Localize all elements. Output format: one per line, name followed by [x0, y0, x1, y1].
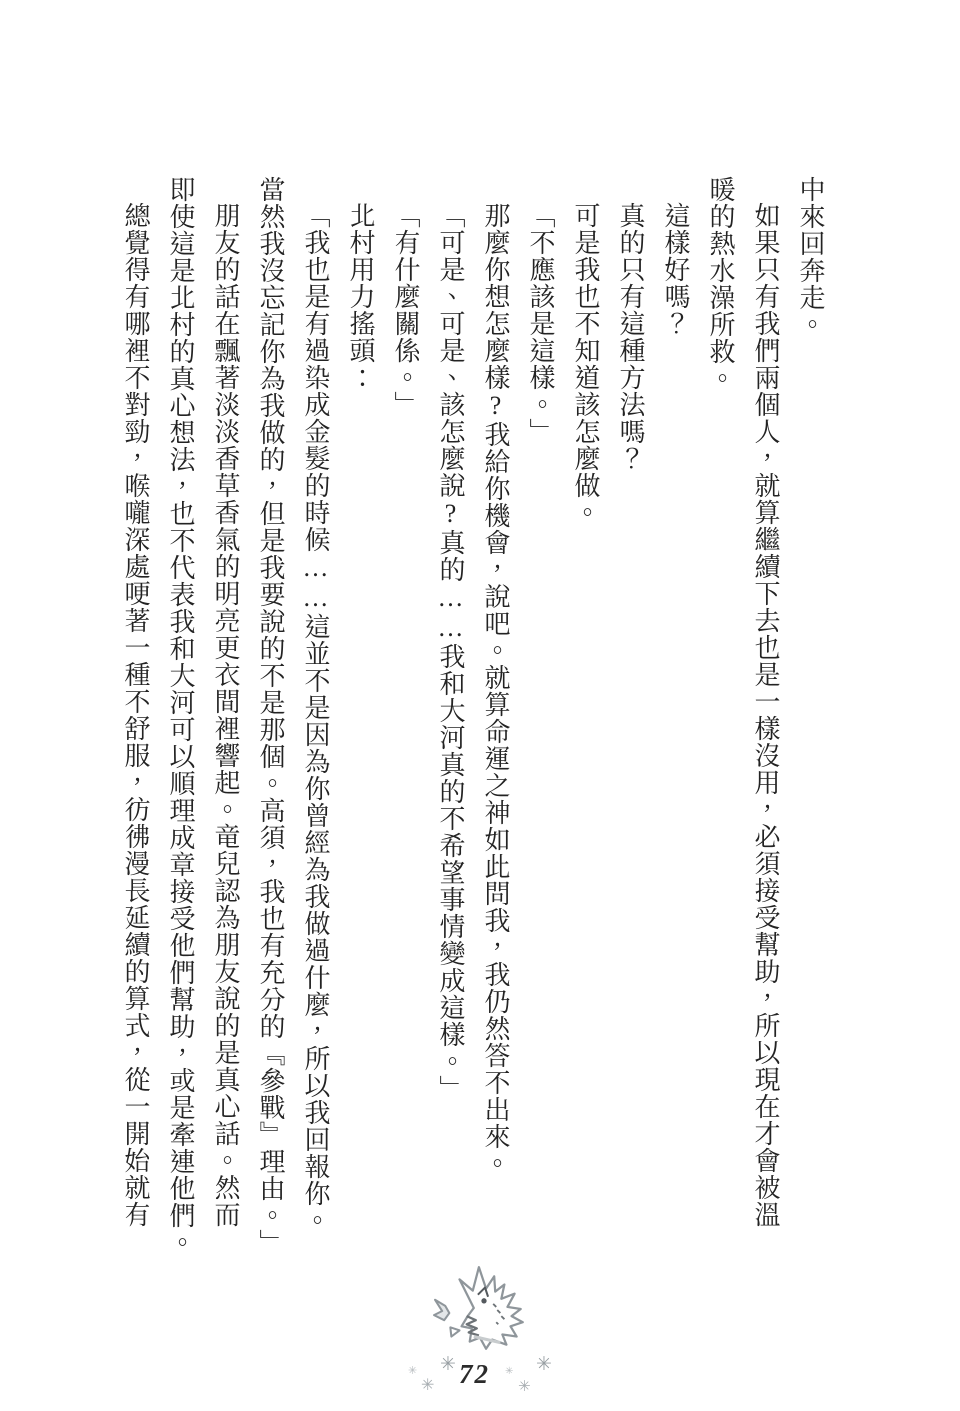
- page-number: 72: [459, 1359, 490, 1390]
- text-column: 如果只有我們兩個人，就算繼續下去也是一樣沒用，必須接受幫助，所以現在才會被溫: [743, 176, 788, 1246]
- sparkle-star-icon: ✳: [505, 1367, 513, 1377]
- text-column: 當然我沒忘記你為我做的，但是我要說的不是那個。高須，我也有充分的『參戰』理由。」: [248, 176, 293, 1246]
- sparkle-star-icon: ✳: [518, 1379, 531, 1394]
- text-column: 朋友的話在飄著淡淡香草香氣的明亮更衣間裡響起。竜兒認為朋友說的是真心話。然而: [203, 176, 248, 1246]
- text-column: 這樣好嗎？: [653, 176, 698, 1246]
- text-column: 「我也是有過染成金髮的時候……這並不是因為你曾經為我做過什麼，所以我回報你。: [293, 176, 338, 1246]
- book-page: 中來回奔走。如果只有我們兩個人，就算繼續下去也是一樣沒用，必須接受幫助，所以現在…: [0, 0, 960, 1411]
- text-column: 中來回奔走。: [788, 176, 833, 1246]
- sparkle-star-icon: ✳: [421, 1377, 434, 1393]
- text-column: 「有什麼關係。」: [383, 176, 428, 1246]
- sparkle-star-icon: ✳: [440, 1355, 456, 1374]
- text-column: 暖的熱水澡所救。: [698, 176, 743, 1246]
- text-column: 「可是、可是、該怎麼說?真的……我和大河真的不希望事情變成這樣。」: [428, 176, 473, 1246]
- dragon-doodle-illustration: [433, 1263, 535, 1357]
- sparkle-star-icon: ✳: [536, 1355, 552, 1374]
- text-column: 即使這是北村的真心想法，也不代表我和大河可以順理成章接受他們幫助，或是牽連他們。: [158, 176, 203, 1246]
- text-column: 「不應該是這樣。」: [518, 176, 563, 1246]
- text-column: 那麼你想怎麼樣?我給你機會，說吧。就算命運之神如此問我，我仍然答不出來。: [473, 176, 518, 1246]
- text-columns: 中來回奔走。如果只有我們兩個人，就算繼續下去也是一樣沒用，必須接受幫助，所以現在…: [113, 176, 833, 1246]
- text-column: 真的只有這種方法嗎？: [608, 176, 653, 1246]
- text-column: 總覺得有哪裡不對勁，喉嚨深處哽著一種不舒服，彷彿漫長延續的算式，從一開始就有: [113, 176, 158, 1246]
- sparkle-star-icon: ✳: [408, 1365, 417, 1376]
- text-column: 北村用力搖頭：: [338, 176, 383, 1246]
- text-column: 可是我也不知道該怎麼做。: [563, 176, 608, 1246]
